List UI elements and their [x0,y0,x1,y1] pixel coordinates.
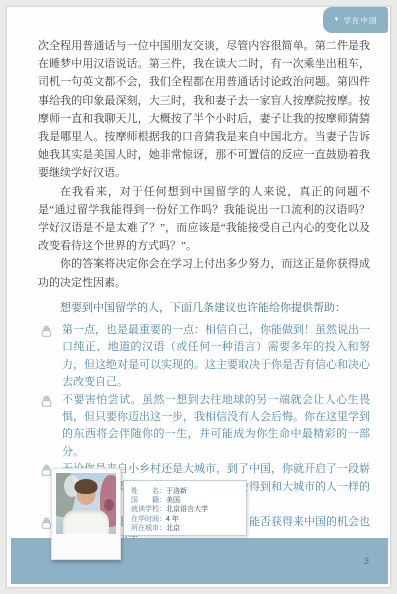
field-value: 4 年 [166,516,179,523]
man-shirt [63,510,109,534]
profile-field-nationality: 国 籍：美国 [131,496,239,505]
profile-field-name: 姓 名：于洛新 [131,487,239,496]
section-tab[interactable]: ▼ 学在中国 [323,7,388,33]
suggestion-text: 第一点，也是最重要的一点：相信自己，你能做到！虽然说出一口纯正、地道的汉语（或任… [62,322,370,392]
section-tab-label: 学在中国 [343,15,377,26]
man-hair [75,479,98,494]
page-number: 3 [364,556,369,567]
ink-pot-icon [40,395,54,408]
suggestion-text: 不要害怕尝试。虽然一想到去往地球的另一端就会让人心生畏惧，但只要你迈出这一步，我… [62,392,370,462]
flower-shadow-decoration [104,499,114,511]
profile-info-box: 姓 名：于洛新 国 籍：美国 就读学校：北京语言大学 在华时间：4 年 所在城市… [123,480,247,536]
suggestions-intro: 想要到中国留学的人，下面几条建议也许能给你提供帮助： [38,299,370,317]
paragraph: 在我看来，对于任何想到中国留学的人来说，真正的问题不是“通过留学我能得到一份好工… [38,183,370,256]
profile-field-time-in-china: 在华时间：4 年 [131,515,239,524]
field-label: 姓 名： [131,488,166,495]
profile-photo [56,473,116,534]
field-value: 于洛新 [166,488,187,495]
paragraph-continuation: 次全程用普通话与一位中国朋友交谈，尽管内容很简单。第二件是我在睡梦中用汉语说话。… [38,37,370,183]
profile-field-city: 所在城市：北京 [131,524,239,533]
field-label: 所在城市： [131,525,166,532]
suggestion-item: 第一点，也是最重要的一点：相信自己，你能做到！虽然说出一口纯正、地道的汉语（或任… [38,322,370,392]
field-value: 美国 [166,497,180,504]
suggestion-item: 不要害怕尝试。虽然一想到去往地球的另一端就会让人心生畏惧，但只要你迈出这一步，我… [38,392,370,462]
ink-pot-icon [40,325,54,338]
paragraph: 你的答案将决定你会在学习上付出多少努力，而这正是你获得成功的决定性因素。 [38,255,370,291]
field-label: 就读学校： [131,506,166,513]
field-value: 北京语言大学 [166,506,208,513]
field-label: 在华时间： [131,516,166,523]
profile-photo-polaroid [51,468,121,560]
triangle-down-icon: ▼ [334,17,341,23]
field-label: 国 籍： [131,497,166,504]
book-page: ▼ 学在中国 次全程用普通话与一位中国朋友交谈，尽管内容很简单。第二件是我在睡梦… [6,6,391,588]
profile-field-school: 就读学校：北京语言大学 [131,505,239,514]
field-value: 北京 [166,525,180,532]
